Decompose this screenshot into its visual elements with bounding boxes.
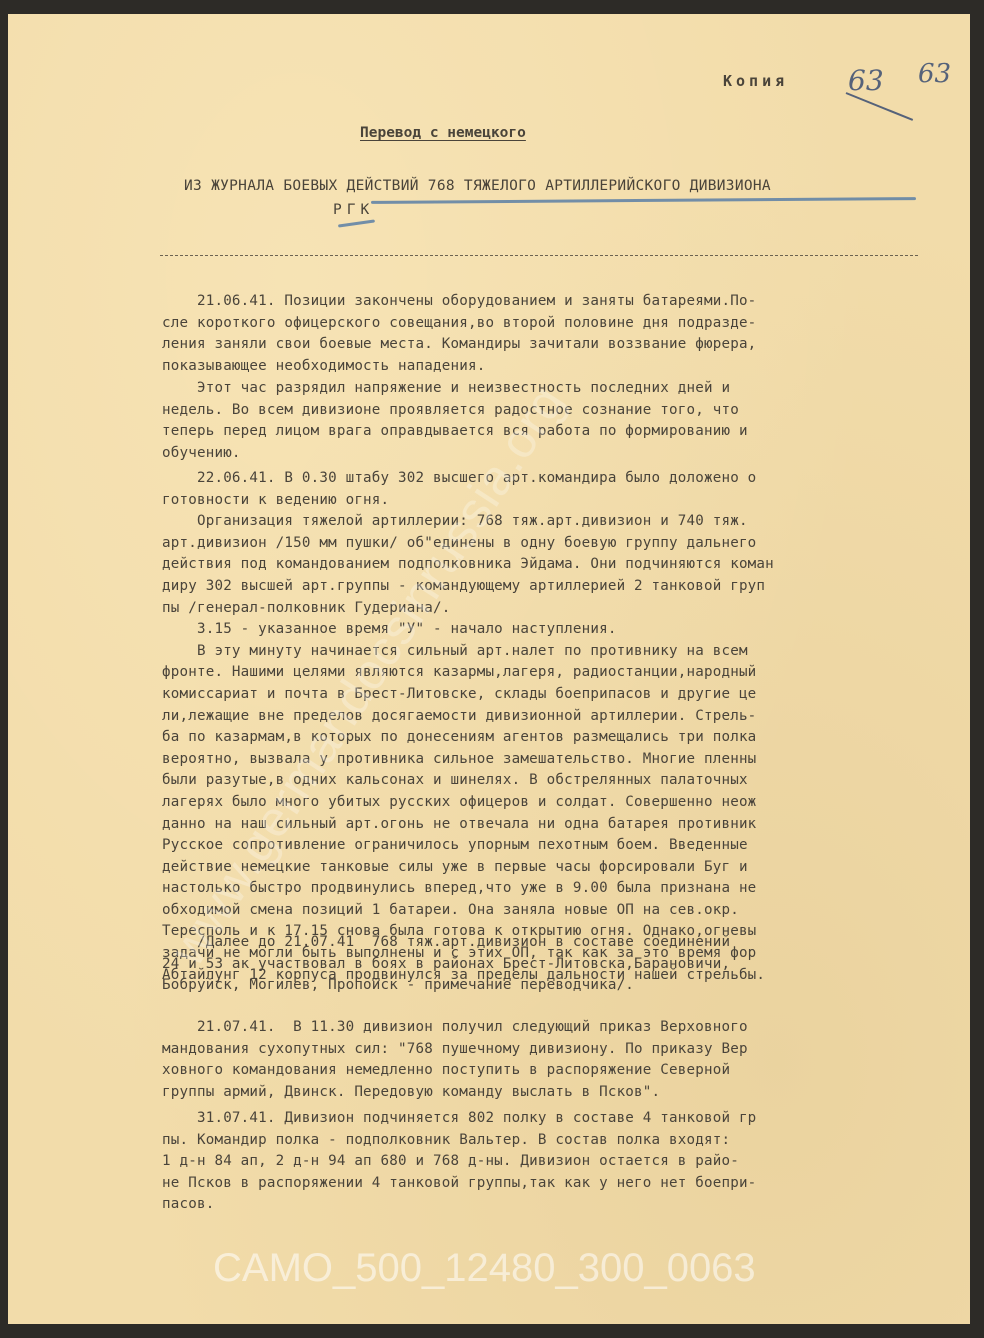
text-line: 21.06.41. Позиции закончены оборудование… bbox=[162, 291, 756, 313]
text-line: не Псков в распоряжении 4 танковой групп… bbox=[162, 1173, 756, 1195]
entry-21-07-41: 21.07.41. В 11.30 дивизион получил следу… bbox=[162, 1017, 748, 1103]
pencil-underline bbox=[371, 197, 916, 204]
text-line: пасов. bbox=[162, 1194, 756, 1216]
text-line: Этот час разрядил напряжение и неизвестн… bbox=[162, 378, 748, 400]
entry-morale: Этот час разрядил напряжение и неизвестн… bbox=[162, 378, 748, 464]
text-line: 31.07.41. Дивизион подчиняется 802 полку… bbox=[162, 1108, 756, 1130]
text-line: диру 302 высшей арт.группы - командующем… bbox=[162, 576, 774, 598]
text-line: ли,лежащие вне пределов досягаемости див… bbox=[162, 706, 774, 728]
text-line: группы армий, Двинск. Передовую команду … bbox=[162, 1082, 748, 1104]
text-line: сле короткого офицерского совещания,во в… bbox=[162, 313, 756, 335]
text-line: комиссариат и почта в Брест-Литовске, ск… bbox=[162, 684, 774, 706]
text-line: ба по казармам,в которых по донесениям а… bbox=[162, 727, 774, 749]
copy-label: Копия bbox=[723, 72, 788, 90]
text-line: ховного командования немедленно поступит… bbox=[162, 1060, 748, 1082]
text-line: Бобруйск, Могилев, Пропойск - примечание… bbox=[162, 975, 730, 997]
document-page: Копия 63 63 Перевод с немецкого ИЗ ЖУРНА… bbox=[8, 14, 970, 1324]
text-line: показывающее необходимость нападения. bbox=[162, 356, 756, 378]
separator-rule bbox=[160, 255, 918, 256]
text-line: пы. Командир полка - подполковник Вальте… bbox=[162, 1130, 756, 1152]
text-line: обходимой смена позиций 1 батареи. Она з… bbox=[162, 900, 774, 922]
text-line: 24 и 53 ак участвовал в боях в районах Б… bbox=[162, 954, 730, 976]
text-line: были разутые,в одних кальсонах и шинелях… bbox=[162, 770, 774, 792]
document-subtitle: Перевод с немецкого bbox=[360, 125, 526, 141]
text-line: теперь перед лицом врага оправдывается в… bbox=[162, 421, 748, 443]
text-line: /Далее до 21.07.41 768 тяж.арт.дивизион … bbox=[162, 932, 730, 954]
document-title: ИЗ ЖУРНАЛА БОЕВЫХ ДЕЙСТВИЙ 768 ТЯЖЕЛОГО … bbox=[184, 178, 771, 194]
entry-21-06-41: 21.06.41. Позиции закончены оборудование… bbox=[162, 291, 756, 377]
text-line: 21.07.41. В 11.30 дивизион получил следу… bbox=[162, 1017, 748, 1039]
text-line: недель. Во всем дивизионе проявляется ра… bbox=[162, 400, 748, 422]
text-line: 3.15 - указанное время "У" - начало наст… bbox=[162, 619, 774, 641]
text-line: вероятно, вызвала у противника сильное з… bbox=[162, 749, 774, 771]
text-line: мандования сухопутных сил: "768 пушечном… bbox=[162, 1039, 748, 1061]
text-line: ления заняли свои боевые места. Командир… bbox=[162, 334, 756, 356]
text-line: 1 д-н 84 ап, 2 д-н 94 ап 680 и 768 д-ны.… bbox=[162, 1151, 756, 1173]
pencil-underline-short bbox=[338, 219, 375, 227]
text-line: обучению. bbox=[162, 443, 748, 465]
translator-note: /Далее до 21.07.41 768 тяж.арт.дивизион … bbox=[162, 932, 730, 997]
text-line: фронте. Нашими целями являются казармы,л… bbox=[162, 662, 774, 684]
entry-31-07-41: 31.07.41. Дивизион подчиняется 802 полку… bbox=[162, 1108, 756, 1216]
page-number: 63 bbox=[918, 59, 951, 89]
crossed-page-number: 63 bbox=[848, 64, 884, 97]
archive-id-watermark: CAMO_500_12480_300_0063 bbox=[213, 1246, 756, 1291]
text-line: В эту минуту начинается сильный арт.нале… bbox=[162, 641, 774, 663]
document-title-line2: РГК bbox=[333, 202, 374, 218]
text-line: пы /генерал-полковник Гудериана/. bbox=[162, 598, 774, 620]
